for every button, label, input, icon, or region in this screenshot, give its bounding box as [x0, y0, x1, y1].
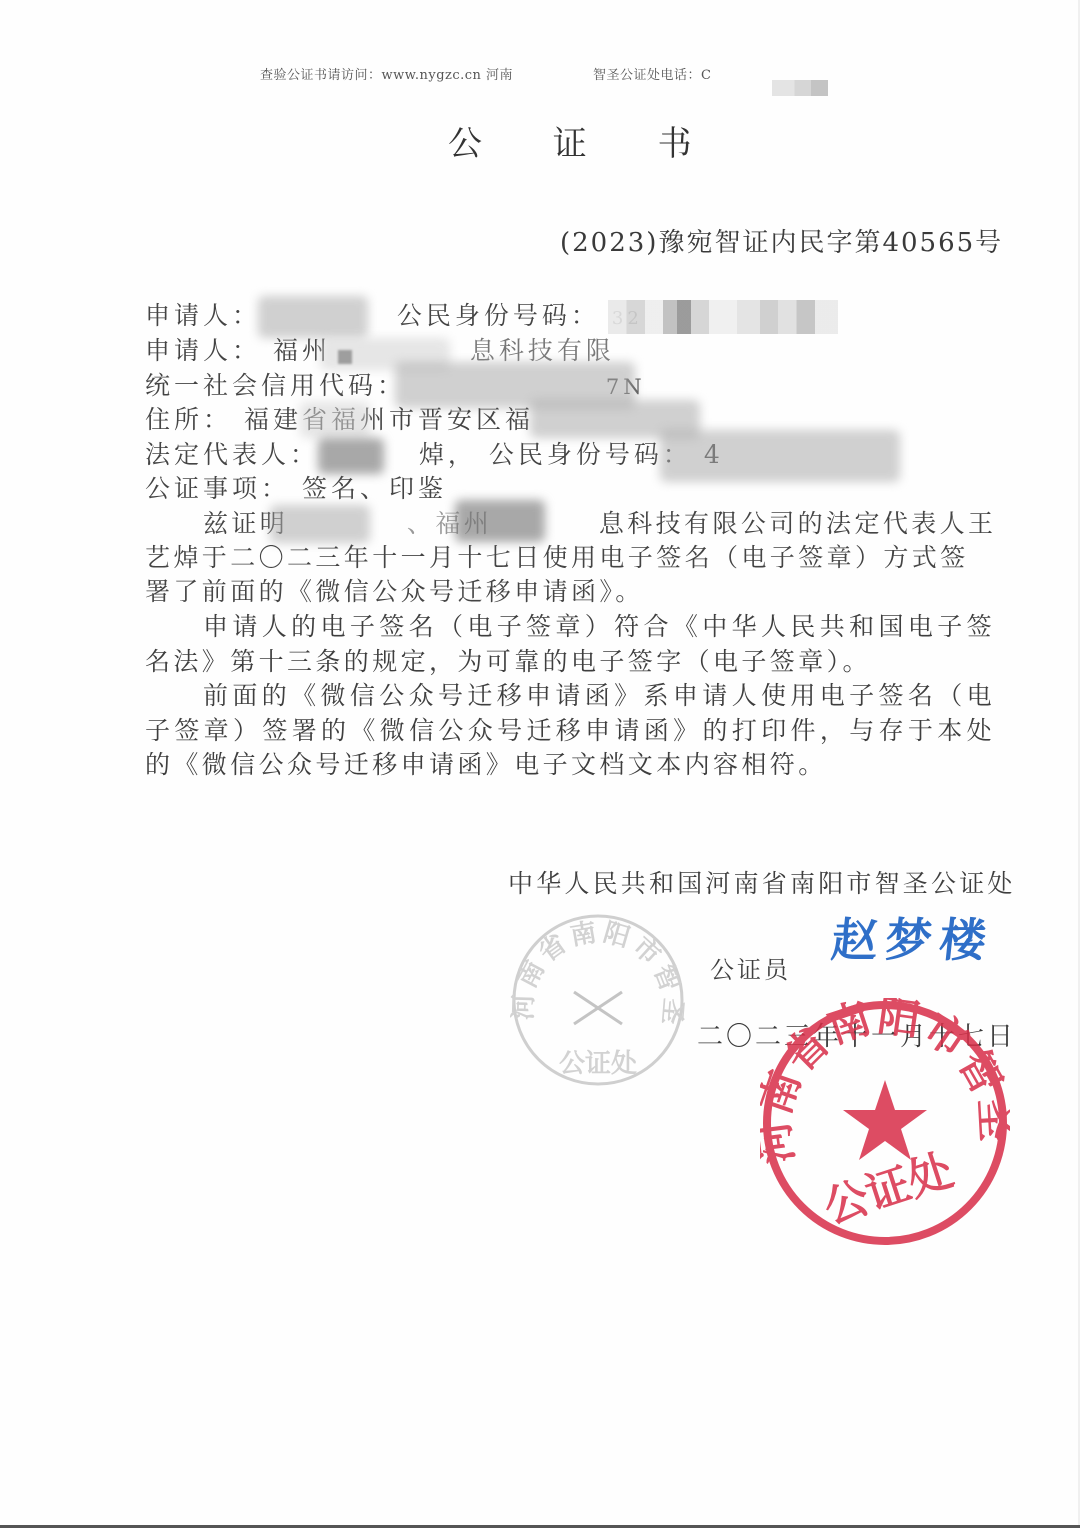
- notarization-matter-line: 公证事项： 签名、印鉴: [145, 472, 447, 506]
- legal-representative-line: 法定代表人： 焯， 公民身份号码： 4: [145, 438, 724, 472]
- legal-rep-name-partial: 焯，: [419, 440, 477, 469]
- body-paragraph-1-line-2: 艺焯于二〇二三年十一月十七日使用电子签名（电子签章）方式签: [145, 541, 969, 575]
- svg-text:河南省南阳市智圣: 河南省南阳市智圣: [510, 917, 686, 1029]
- embossed-seal-bottom-text: 公证处: [559, 1049, 637, 1079]
- body-paragraph-3: 前面的《微信公众号迁移申请函》系申请人使用电子签名（电子签章）签署的《微信公众号…: [145, 679, 995, 783]
- embossed-seal-icon: 河南省南阳市智圣 公证处: [510, 912, 686, 1088]
- verification-url-text: 查验公证书请访问：www.nygzc.cn 河南: [260, 64, 513, 83]
- matter-value: 签名、印鉴: [302, 474, 447, 503]
- red-seal-bottom-text: 公证处: [818, 1145, 959, 1234]
- notary-label: 公证员: [710, 950, 791, 985]
- redacted-mark: [338, 350, 352, 364]
- document-number: (2023)豫宛智证内民字第40565号: [560, 222, 1003, 259]
- applicant-2-label: 申请人：: [145, 336, 261, 365]
- paragraph-1-rest: 息科技有限公司的法定代表人王: [599, 509, 997, 538]
- red-star-icon: [843, 1080, 927, 1160]
- applicant-1-label: 申请人：: [145, 301, 261, 330]
- address-value: 福建省福州市晋安区福: [244, 405, 534, 434]
- applicant-1-id-label: 公民身份号码：: [397, 301, 600, 330]
- body-paragraph-2: 申请人的电子签名（电子签章）符合《中华人民共和国电子签名法》第十三条的规定，为可…: [145, 610, 995, 679]
- notarial-certificate-page: 查验公证书请访问：www.nygzc.cn 河南 智圣公证处电话：C 公 证 书…: [0, 0, 1080, 1528]
- credit-code-label: 统一社会信用代码：: [145, 371, 406, 400]
- verification-phone-text: 智圣公证处电话：C: [593, 64, 711, 83]
- document-title: 公 证 书: [448, 116, 722, 165]
- redacted-paragraph-name: [270, 505, 370, 543]
- embossed-seal-ring-text: 河南省南阳市智圣: [510, 917, 686, 1029]
- legal-rep-label: 法定代表人：: [145, 440, 319, 469]
- applicant-2-value-end: 息科技有限: [470, 336, 615, 365]
- redacted-address-part: [300, 402, 370, 438]
- issuing-office: 中华人民共和国河南省南阳市智圣公证处: [508, 864, 1016, 900]
- redacted-phone-block: [772, 80, 828, 96]
- redacted-applicant-1-name: [258, 296, 368, 338]
- redacted-legal-rep-name: [318, 438, 384, 474]
- notary-signature: 赵梦楼: [829, 904, 998, 970]
- red-official-seal-icon: 河南省南阳市智圣 公证处: [760, 998, 1010, 1248]
- redacted-company-name: [455, 500, 545, 542]
- matter-label: 公证事项：: [145, 474, 290, 503]
- applicant-1-line: 申请人： 公民身份号码： 32: [145, 299, 643, 336]
- address-label: 住所：: [145, 405, 232, 434]
- redacted-legal-rep-id: [660, 430, 900, 482]
- redacted-applicant-1-id: [608, 300, 838, 334]
- body-paragraph-1-line-3: 署了前面的《微信公众号迁移申请函》。: [145, 575, 644, 609]
